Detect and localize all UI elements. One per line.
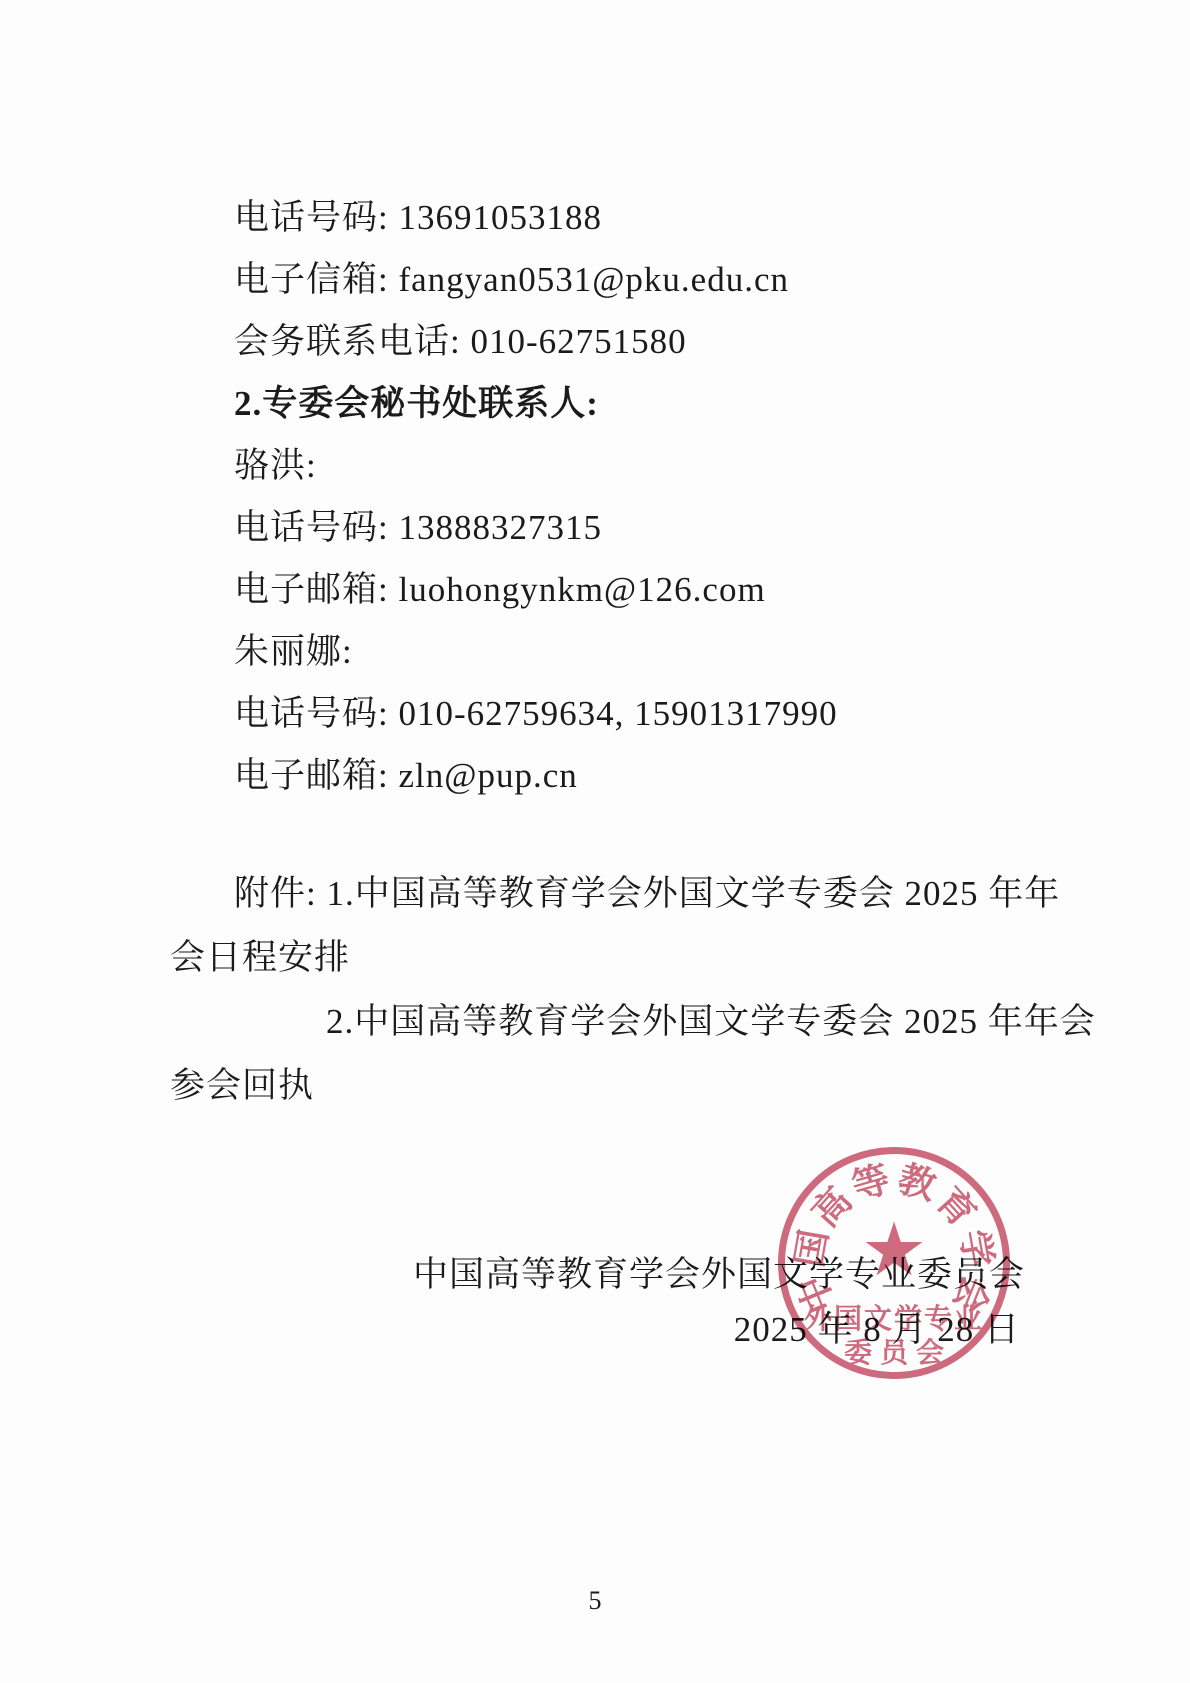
secretariat-contact1-email: 电子邮箱: luohongynkm@126.com [234, 569, 766, 611]
seal-arc-char: 教 [891, 1157, 943, 1209]
secretariat-contact2-phone: 电话号码: 010-62759634, 15901317990 [234, 693, 838, 735]
signature-organization: 中国高等教育学会外国文学专业委员会 [413, 1254, 1025, 1296]
seal-arc-char: 等 [845, 1157, 897, 1209]
secretariat-contact1-phone: 电话号码: 13888327315 [234, 507, 602, 549]
conference-office-phone: 会务联系电话: 010-62751580 [234, 321, 687, 363]
attachment-item2-line2: 参会回执 [170, 1065, 314, 1107]
document-page: 电话号码: 13691053188 电子信箱: fangyan0531@pku.… [0, 0, 1190, 1683]
secretariat-contact2-email: 电子邮箱: zln@pup.cn [234, 755, 578, 797]
attachment-item1-line1: 附件: 1.中国高等教育学会外国文学专委会 2025 年年 [234, 873, 1060, 915]
secretariat-contact2-name: 朱丽娜: [234, 631, 353, 673]
attachment-item1-line2: 会日程安排 [170, 937, 350, 979]
conference-contact-email: 电子信箱: fangyan0531@pku.edu.cn [234, 259, 789, 301]
secretariat-heading: 2.专委会秘书处联系人: [234, 383, 599, 425]
conference-contact-phone: 电话号码: 13691053188 [234, 197, 602, 239]
secretariat-contact1-name: 骆洪: [234, 445, 317, 487]
seal-arc-char: 育 [926, 1178, 985, 1237]
page-number: 5 [0, 1586, 1190, 1616]
signature-date: 2025 年 8 月 28 日 [734, 1309, 1020, 1351]
seal-arc-char: 高 [803, 1178, 862, 1237]
attachment-item2-line1: 2.中国高等教育学会外国文学专委会 2025 年年会 [326, 1001, 1096, 1043]
